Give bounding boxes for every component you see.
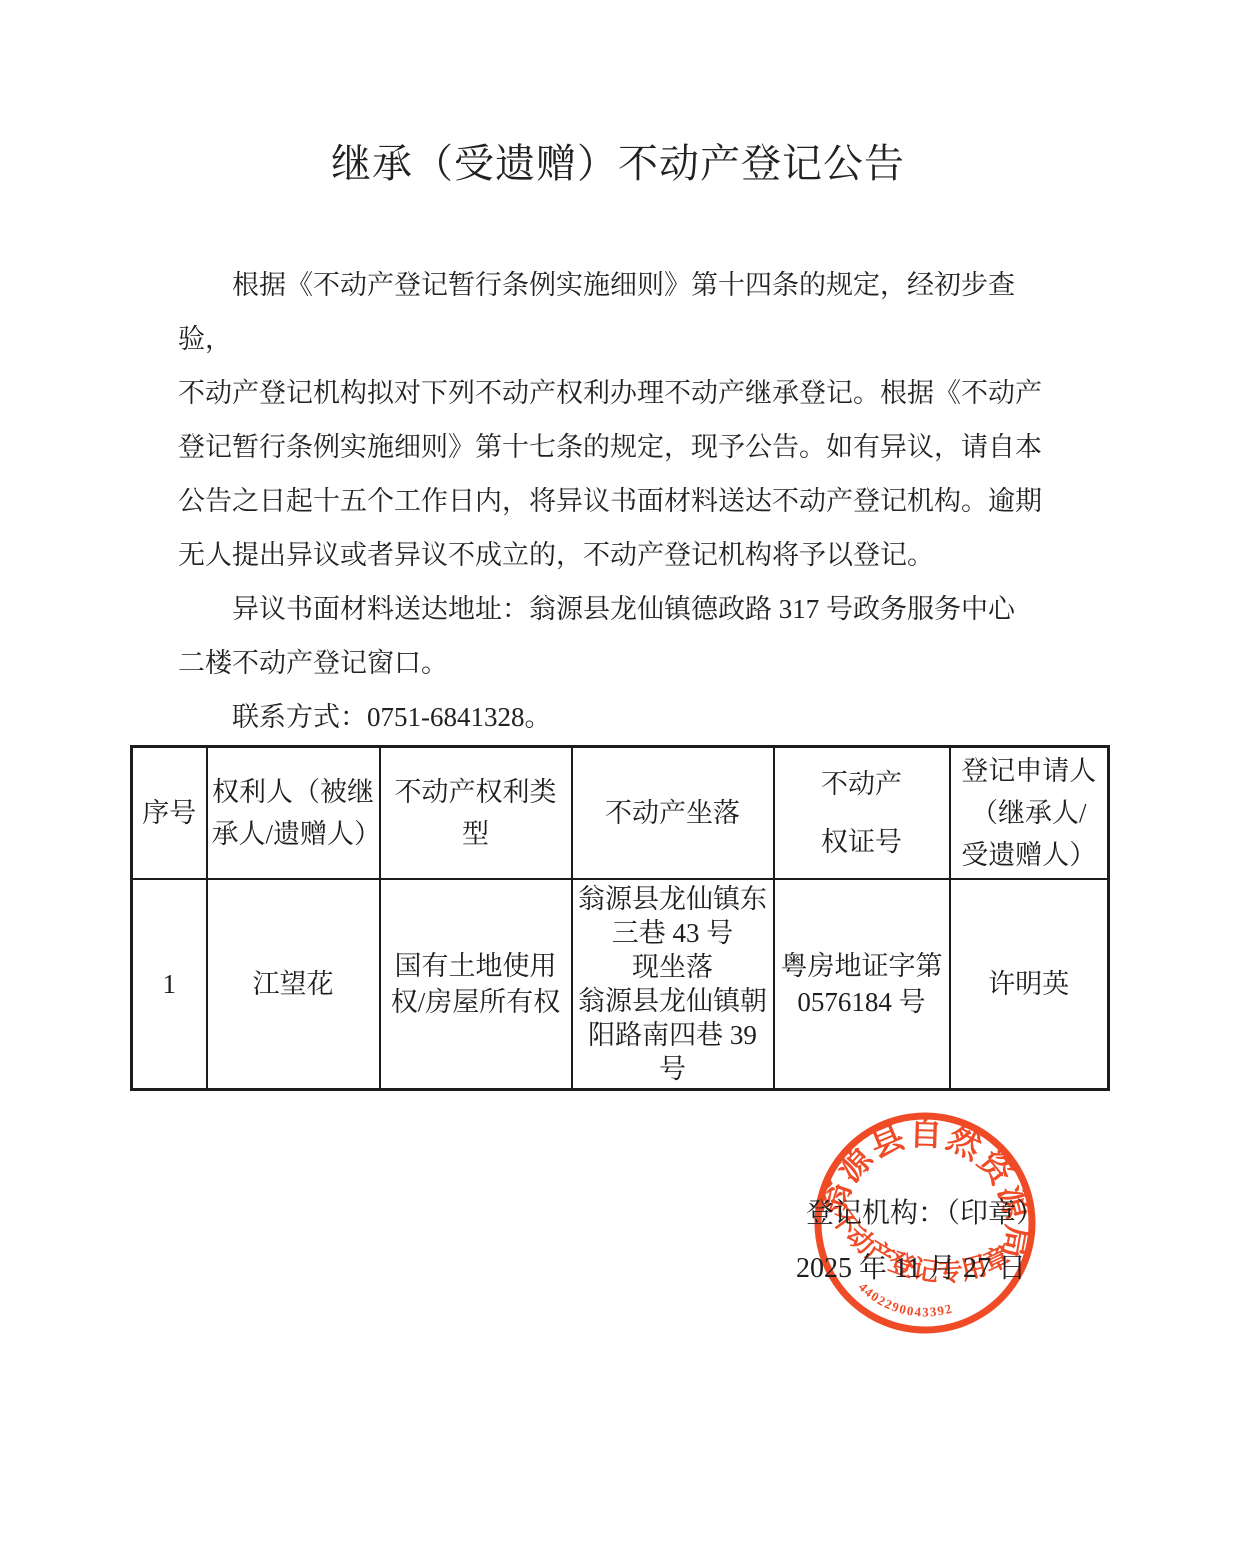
col-header-holder: 权利人（被继 承人/遗赠人）	[207, 747, 380, 880]
page-title: 继承（受遗赠）不动产登记公告	[0, 138, 1236, 190]
paragraph-objection-address: 异议书面材料送达地址：翁源县龙仙镇德政路 317 号政务服务中心 二楼不动产登记…	[178, 582, 1062, 690]
cell-right-type: 国有土地使用 权/房屋所有权	[380, 879, 572, 1090]
registration-table: 序号 权利人（被继 承人/遗赠人） 不动产权利类 型 不动产坐落 不动产 权证号…	[130, 745, 1110, 1091]
document-body: 根据《不动产登记暂行条例实施细则》第十四条的规定，经初步查验， 不动产登记机构拟…	[178, 258, 1062, 744]
cell-cert-no: 粤房地证字第 0576184 号	[774, 879, 950, 1090]
table-row: 1 江望花 国有土地使用 权/房屋所有权 翁源县龙仙镇东 三巷 43 号 现坐落…	[132, 879, 1109, 1090]
paragraph-contact-info: 联系方式：0751-6841328。	[178, 690, 1062, 744]
col-header-cert-no: 不动产 权证号	[774, 747, 950, 880]
col-header-seq: 序号	[132, 747, 207, 880]
cell-location: 翁源县龙仙镇东 三巷 43 号 现坐落 翁源县龙仙镇朝 阳路南四巷 39 号	[572, 879, 774, 1090]
registration-authority-line: 登记机构：（印章）	[806, 1197, 1044, 1231]
announcement-date-line: 2025 年 11 月 27 日	[796, 1252, 1026, 1286]
paragraph-legal-basis: 根据《不动产登记暂行条例实施细则》第十四条的规定，经初步查验， 不动产登记机构拟…	[178, 258, 1062, 582]
cell-holder: 江望花	[207, 879, 380, 1090]
cell-applicant: 许明英	[950, 879, 1109, 1090]
cell-seq: 1	[132, 879, 207, 1090]
table-header-row: 序号 权利人（被继 承人/遗赠人） 不动产权利类 型 不动产坐落 不动产 权证号…	[132, 747, 1109, 880]
col-header-applicant: 登记申请人 （继承人/ 受遗赠人）	[950, 747, 1109, 880]
col-header-right-type: 不动产权利类 型	[380, 747, 572, 880]
col-header-location: 不动产坐落	[572, 747, 774, 880]
announcement-document: 继承（受遗赠）不动产登记公告 根据《不动产登记暂行条例实施细则》第十四条的规定，…	[0, 0, 1236, 1544]
